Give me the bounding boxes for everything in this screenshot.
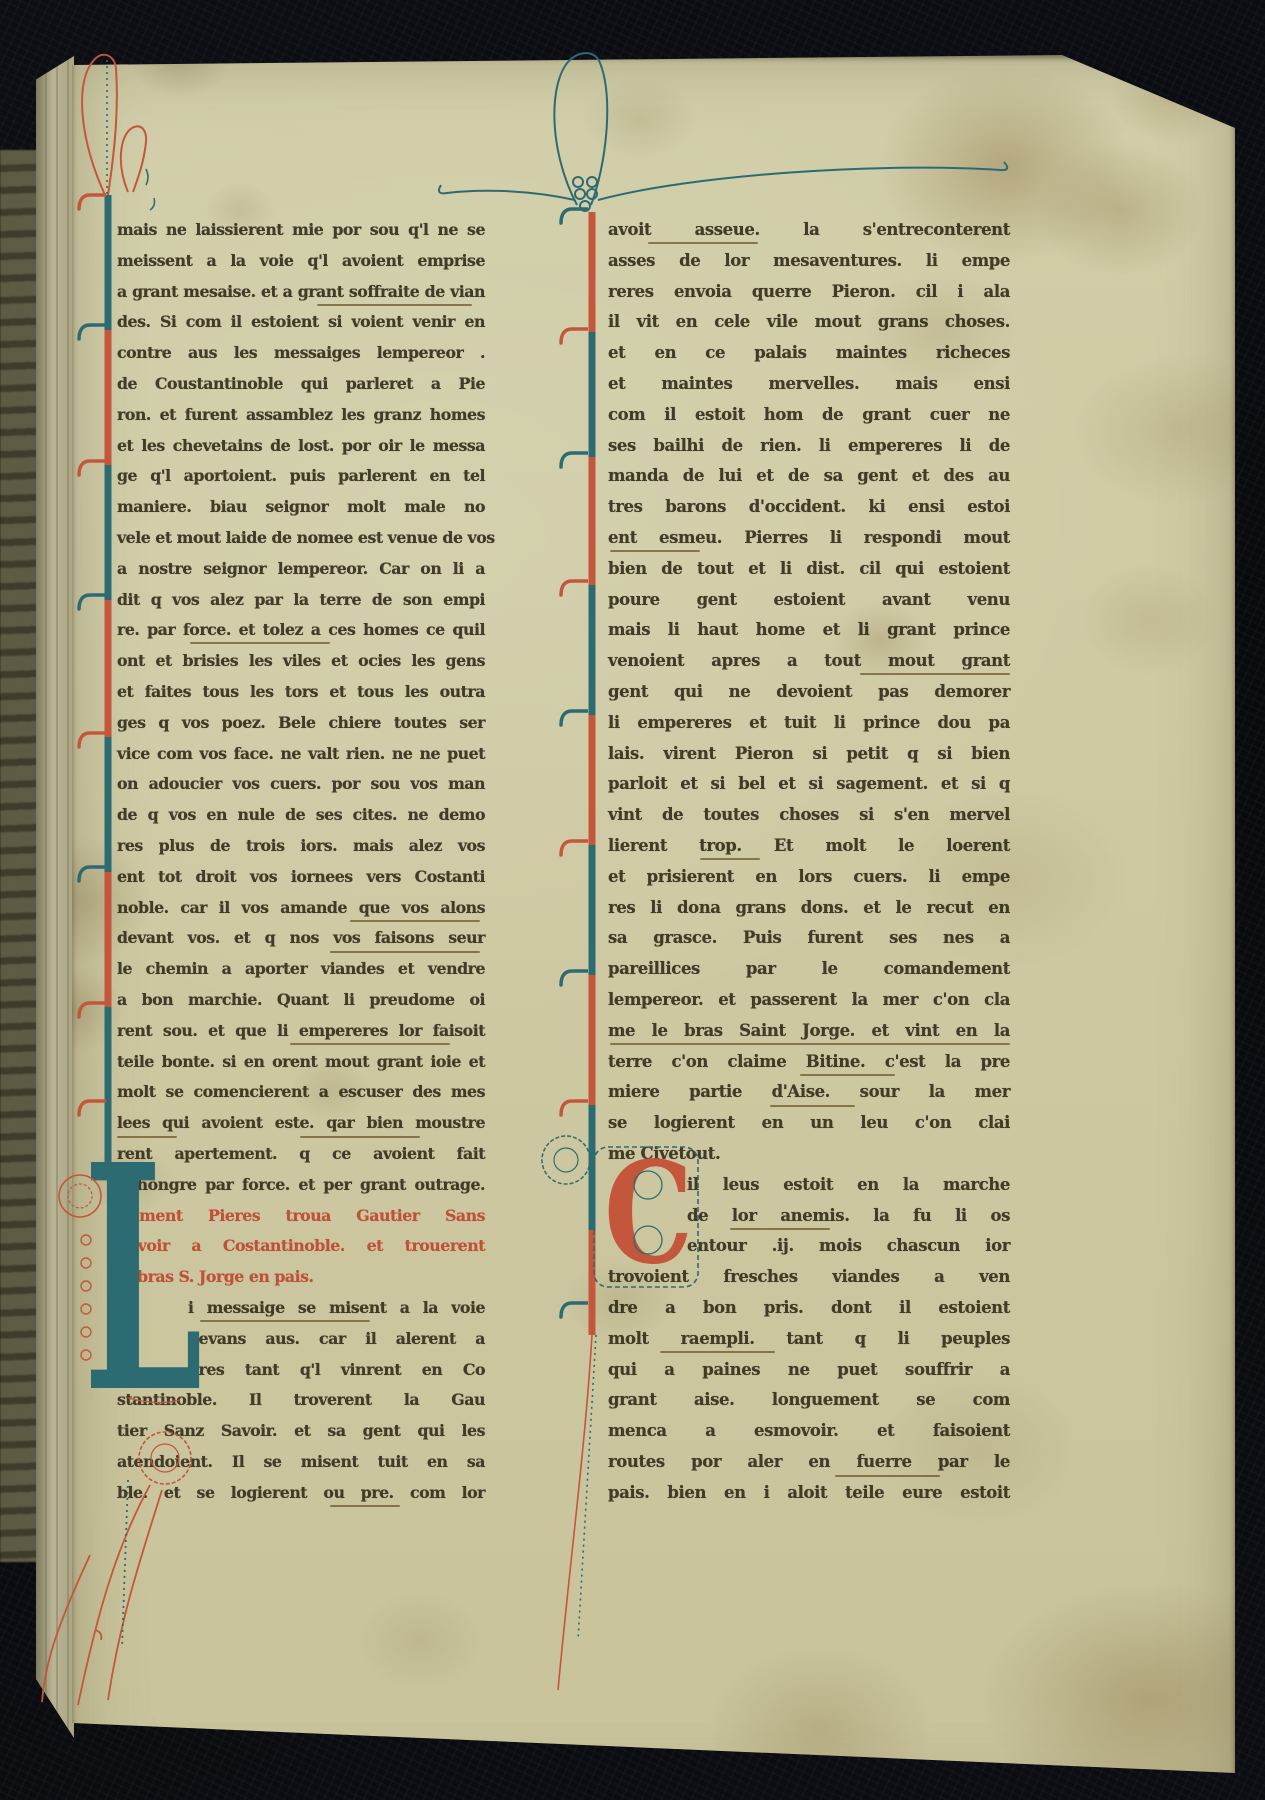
text-line: et en ce palais maintes richeces — [608, 338, 1010, 369]
text-line: me le bras Saint Jorge. et vint en la — [608, 1016, 1010, 1047]
underline-mark — [610, 1043, 1010, 1045]
text-line: vice com vos face. ne valt rien. ne ne p… — [117, 739, 485, 770]
text-line: me Civetout. — [608, 1139, 1010, 1170]
text-line: de Coustantinoble qui parleret a Pie — [117, 369, 485, 400]
text-line: pres tant q'l vinrent en Co — [188, 1355, 485, 1386]
text-line: a nostre seignor lempereor. Car on li a — [117, 554, 485, 585]
text-line: lierent trop. Et molt le loerent — [608, 831, 1010, 862]
facing-page-ghost-text — [0, 150, 38, 1562]
text-line: des. Si com il estoient si voient venir … — [117, 307, 485, 338]
text-line: tres barons d'occident. ki ensi estoi — [608, 492, 1010, 523]
text-line: grant aise. longuement se com — [608, 1385, 1010, 1416]
text-line: entour .ij. mois chascun ior — [687, 1231, 1010, 1262]
text-line: ent tot droit vos iornees vers Costanti — [117, 862, 485, 893]
text-line: manda de lui et de sa gent et des au — [608, 461, 1010, 492]
text-line: lempereor. et passerent la mer c'on cla — [608, 985, 1010, 1016]
text-line: res li dona grans dons. et le recut en — [608, 893, 1010, 924]
underline-mark — [770, 1105, 855, 1107]
underline-mark — [860, 673, 1010, 675]
rubric-line: le bras S. Jorge en pais. — [117, 1262, 485, 1293]
text-line: vele et mout laide de nomee est venue de… — [117, 523, 485, 554]
text-line: le chemin a aporter viandes et vendre — [117, 954, 485, 985]
text-line: on adoucier vos cuers. por sou vos man — [117, 769, 485, 800]
text-line: menca a esmovoir. et faisoient — [608, 1416, 1010, 1447]
text-line: se logierent en un leu c'on clai — [608, 1108, 1010, 1139]
text-line: ble. et se logierent ou pre. com lor — [117, 1478, 485, 1509]
underline-mark — [190, 642, 330, 644]
text-line: miere partie d'Aise. sour la mer — [608, 1077, 1010, 1108]
underline-mark — [700, 858, 760, 860]
underline-mark — [300, 1136, 420, 1138]
photo-backdrop: 12 mais ne laissierent mie por sou q'l n… — [0, 0, 1265, 1800]
underline-mark — [317, 304, 472, 306]
text-line: gent qui ne devoient pas demorer — [608, 677, 1010, 708]
text-line: et les chevetains de lost. por oir le me… — [117, 431, 485, 462]
underline-mark — [117, 1136, 177, 1138]
text-line: a grant mesaise. et a grant soffraite de… — [117, 277, 485, 308]
manuscript-page: 12 mais ne laissierent mie por sou q'l n… — [72, 55, 1235, 1800]
text-line: il leus estoit en la marche — [687, 1170, 1010, 1201]
text-line: devans aus. car il alerent a — [188, 1324, 485, 1355]
text-line: ron. et furent assamblez les granz homes — [117, 400, 485, 431]
underline-mark — [730, 1228, 830, 1230]
text-line: et prisierent en lors cuers. li empe — [608, 862, 1010, 893]
text-line: tier Sanz Savoir. et sa gent qui les — [117, 1416, 485, 1447]
text-line: ges q vos poez. Bele chiere toutes ser — [117, 708, 485, 739]
text-line: com il estoit hom de grant cuer ne — [608, 400, 1010, 431]
text-line: poure gent estoient avant venu — [608, 585, 1010, 616]
text-line: molt raempli. tant q li peuples — [608, 1324, 1010, 1355]
text-line: bien de tout et li dist. cil qui estoien… — [608, 554, 1010, 585]
text-line: il vit en cele vile mout grans choses. — [608, 307, 1010, 338]
text-line: pais. bien en i aloit teile eure estoit — [608, 1478, 1010, 1509]
text-line: res plus de trois iors. mais alez vos — [117, 831, 485, 862]
text-line: reres envoia querre Pieron. cil i ala — [608, 277, 1010, 308]
text-line: de q vos en nule de ses cites. ne demo — [117, 800, 485, 831]
text-line: et faites tous les tors et tous les outr… — [117, 677, 485, 708]
text-line: trovoient fresches viandes a ven — [608, 1262, 1010, 1293]
underline-mark — [835, 1475, 940, 1477]
text-line: asses de lor mesaventures. li empe — [608, 246, 1010, 277]
text-line: devant vos. et q nos vos faisons seur — [117, 923, 485, 954]
underline-mark — [648, 242, 758, 244]
text-line: dit q vos alez par la terre de son empi — [117, 585, 485, 616]
underline-mark — [800, 1074, 895, 1076]
text-line: rent apertement. q ce avoient fait — [117, 1139, 485, 1170]
underline-mark — [290, 1043, 450, 1045]
text-line: molt se comencierent a escuser des mes — [117, 1077, 485, 1108]
underline-mark — [350, 920, 480, 922]
text-line: li hongre par force. et per grant outrag… — [117, 1170, 485, 1201]
underline-mark — [330, 1505, 400, 1507]
text-line: li empereres et tuit li prince dou pa — [608, 708, 1010, 739]
text-line: ses bailhi de rien. li empereres li de — [608, 431, 1010, 462]
text-line: lais. virent Pieron si petit q si bien — [608, 739, 1010, 770]
rubric-line: Savoir a Costantinoble. et trouerent — [117, 1231, 485, 1262]
rubric-line: Coment Pieres troua Gautier Sans — [117, 1201, 485, 1232]
text-line: mais ne laissierent mie por sou q'l ne s… — [117, 215, 485, 246]
text-line: maniere. biau seignor molt male no — [117, 492, 485, 523]
text-line: sa grasce. Puis furent ses nes a — [608, 923, 1010, 954]
text-line: stantinoble. Il troverent la Gau — [117, 1385, 485, 1416]
text-line: pareillices par le comandement — [608, 954, 1010, 985]
text-line: contre aus les messaiges lempereor . — [117, 338, 485, 369]
text-line: teile bonte. si en orent mout grant ioie… — [117, 1047, 485, 1078]
text-line: de lor anemis. la fu li os — [687, 1201, 1010, 1232]
text-line: terre c'on claime Bitine. c'est la pre — [608, 1047, 1010, 1078]
text-line: noble. car il vos amande que vos alons — [117, 893, 485, 924]
text-line: mais li haut home et li grant prince — [608, 615, 1010, 646]
text-line: meissent a la voie q'l avoient emprise — [117, 246, 485, 277]
text-line: atendoient. Il se misent tuit en sa — [117, 1447, 485, 1478]
underline-mark — [610, 550, 700, 552]
text-line: routes por aler en fuerre par le — [608, 1447, 1010, 1478]
underline-mark — [660, 1351, 775, 1353]
text-line: a bon marchie. Quant li preudome oi — [117, 985, 485, 1016]
text-line: rent sou. et que li empereres lor faisoi… — [117, 1016, 485, 1047]
text-line: qui a paines ne puet souffrir a — [608, 1355, 1010, 1386]
text-line: vint de toutes choses si s'en mervel — [608, 800, 1010, 831]
text-line: parloit et si bel et si sagement. et si … — [608, 769, 1010, 800]
underline-mark — [200, 1320, 370, 1322]
text-line: ont et brisies les viles et ocies les ge… — [117, 646, 485, 677]
book-leaf-edges — [36, 56, 74, 1738]
text-line: ge q'l aportoient. puis parlerent en tel — [117, 461, 485, 492]
folio-number: 12 — [1145, 63, 1174, 87]
text-line: dre a bon pris. dont il estoient — [608, 1293, 1010, 1324]
text-line: lees qui avoient este. qar bien moustre — [117, 1108, 485, 1139]
underline-mark — [330, 951, 480, 953]
text-line: et maintes mervelles. mais ensi — [608, 369, 1010, 400]
